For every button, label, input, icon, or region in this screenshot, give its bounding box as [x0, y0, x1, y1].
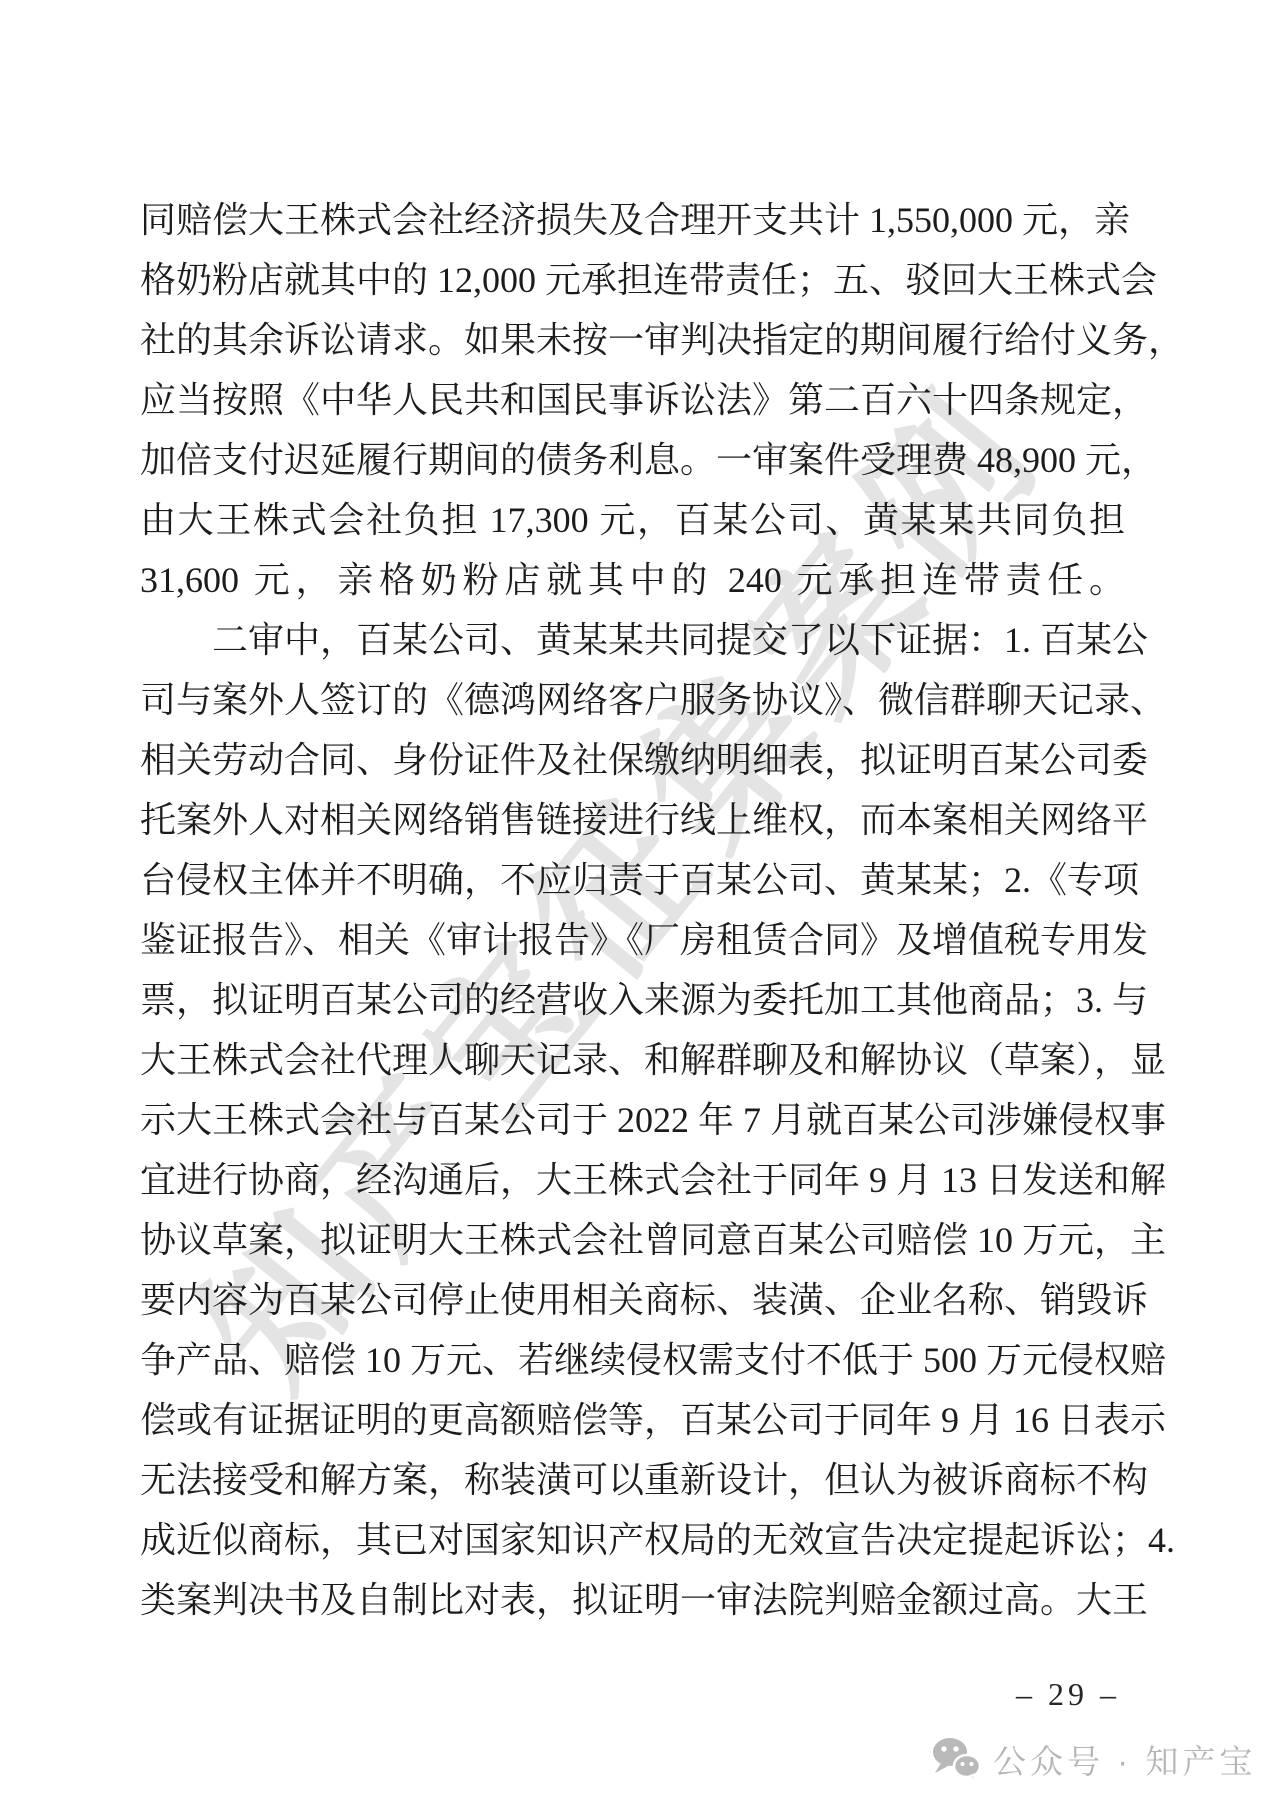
text-line: 类案判决书及自制比对表，拟证明一审法院判赔金额过高。大王 — [140, 1570, 1125, 1630]
text-line: 成近似商标，其已对国家知识产权局的无效宣告决定提起诉讼；4. — [140, 1510, 1125, 1570]
text-line: 应当按照《中华人民共和国民事诉讼法》第二百六十四条规定， — [140, 370, 1125, 430]
footer-wechat: 公众号 · 知产宝 — [931, 1736, 1256, 1782]
text-line: 票，拟证明百某公司的经营收入来源为委托加工其他商品；3. 与 — [140, 970, 1125, 1030]
text-line: 要内容为百某公司停止使用相关商标、装潢、企业名称、销毁诉 — [140, 1270, 1125, 1330]
text-line: 司与案外人签订的《德鸿网络客户服务协议》、微信群聊天记录、 — [140, 670, 1125, 730]
text-line: 争产品、赔偿 10 万元、若继续侵权需支付不低于 500 万元侵权赔 — [140, 1330, 1125, 1390]
page-number: – 29 – — [1016, 1676, 1120, 1713]
text-line: 社的其余诉讼请求。如果未按一审判决指定的期间履行给付义务， — [140, 310, 1125, 370]
text-line: 鉴证报告》、相关《审计报告》《厂房租赁合同》及增值税专用发 — [140, 910, 1125, 970]
text-line: 31,600 元，亲格奶粉店就其中的 240 元承担连带责任。 — [140, 550, 1125, 610]
document-page: 知产宝征集案例 同赔偿大王株式会社经济损失及合理开支共计 1,550,000 元… — [0, 0, 1280, 1810]
text-line: 偿或有证据证明的更高额赔偿等，百某公司于同年 9 月 16 日表示 — [140, 1390, 1125, 1450]
text-line: 由大王株式会社负担 17,300 元，百某公司、黄某某共同负担 — [140, 490, 1125, 550]
text-line: 宜进行协商，经沟通后，大王株式会社于同年 9 月 13 日发送和解 — [140, 1150, 1125, 1210]
wechat-icon — [931, 1736, 981, 1782]
text-line: 二审中，百某公司、黄某某共同提交了以下证据：1. 百某公 — [140, 610, 1125, 670]
text-line: 台侵权主体并不明确，不应归责于百某公司、黄某某；2.《专项 — [140, 850, 1125, 910]
text-line: 格奶粉店就其中的 12,000 元承担连带责任；五、驳回大王株式会 — [140, 250, 1125, 310]
text-line: 大王株式会社代理人聊天记录、和解群聊及和解协议（草案），显 — [140, 1030, 1125, 1090]
text-line: 示大王株式会社与百某公司于 2022 年 7 月就百某公司涉嫌侵权事 — [140, 1090, 1125, 1150]
text-line: 相关劳动合同、身份证件及社保缴纳明细表，拟证明百某公司委 — [140, 730, 1125, 790]
body-text: 同赔偿大王株式会社经济损失及合理开支共计 1,550,000 元，亲 格奶粉店就… — [140, 190, 1125, 1630]
text-line: 同赔偿大王株式会社经济损失及合理开支共计 1,550,000 元，亲 — [140, 190, 1125, 250]
wechat-label: 公众号 · 知产宝 — [993, 1736, 1256, 1783]
text-line: 托案外人对相关网络销售链接进行线上维权，而本案相关网络平 — [140, 790, 1125, 850]
text-line: 无法接受和解方案，称装潢可以重新设计，但认为被诉商标不构 — [140, 1450, 1125, 1510]
text-line: 协议草案，拟证明大王株式会社曾同意百某公司赔偿 10 万元，主 — [140, 1210, 1125, 1270]
text-line: 加倍支付迟延履行期间的债务利息。一审案件受理费 48,900 元， — [140, 430, 1125, 490]
